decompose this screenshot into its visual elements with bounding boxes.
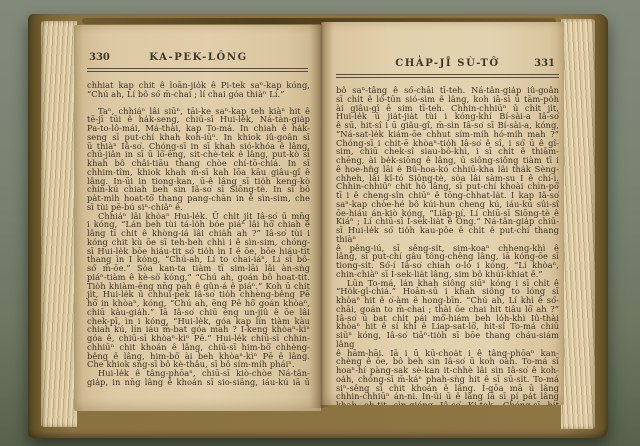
right-page-header: CHA̍P-JĪ SÙ-TÔ͘ 331 xyxy=(336,58,559,71)
book-gutter-shadow xyxy=(309,20,333,408)
text-line: khah oh-tit sìn-gióng Iâ-so͘ Ki-tok. Chó… xyxy=(336,401,559,405)
open-book: 330 KA-PEK-LÔNG chhiat kap chit ê loān-j… xyxy=(28,14,608,438)
right-page: CHA̍P-JĪ SÙ-TÔ͘ 331 bô saⁿ-tâng ê só͘-ch… xyxy=(321,22,564,405)
left-page: 330 KA-PEK-LÔNG chhiat kap chit ê loān-j… xyxy=(74,25,321,411)
text-line: gia̍p, in nn̄g lâng ê khoán sī sio-siāng… xyxy=(87,378,310,387)
right-running-title: CHA̍P-JĪ SÙ-TÔ͘ xyxy=(336,58,559,69)
text-line: sī Hui-le̍k só͘ tio̍h kau-pôe ê chi̍t ê … xyxy=(336,226,559,244)
right-page-body: bô saⁿ-tâng ê só͘-chāi tī-teh. Ná-tân-gi… xyxy=(336,86,559,405)
page-edges-right xyxy=(561,19,595,429)
text-line: “Chú ah, Lí bô só͘ m̄-chai ; lí chai góa… xyxy=(87,90,310,99)
left-page-number: 330 xyxy=(89,52,110,63)
left-header-rule xyxy=(87,68,308,72)
left-page-header: 330 KA-PEK-LÔNG xyxy=(87,52,310,65)
text-line: siūⁿ kóng, Iâ-so͘ tiāⁿ-tio̍h sī bōe than… xyxy=(336,331,559,349)
right-page-number: 331 xyxy=(534,58,555,69)
left-page-body: chhiat kap chit ê loān-jio̍k ê Pi-tek sa… xyxy=(87,81,310,387)
photo-background: 330 KA-PEK-LÔNG chhiat kap chit ê loān-j… xyxy=(0,0,640,446)
page-edges-left xyxy=(41,21,77,427)
left-running-title: KA-PEK-LÔNG xyxy=(87,52,310,63)
right-header-rule xyxy=(336,74,559,78)
